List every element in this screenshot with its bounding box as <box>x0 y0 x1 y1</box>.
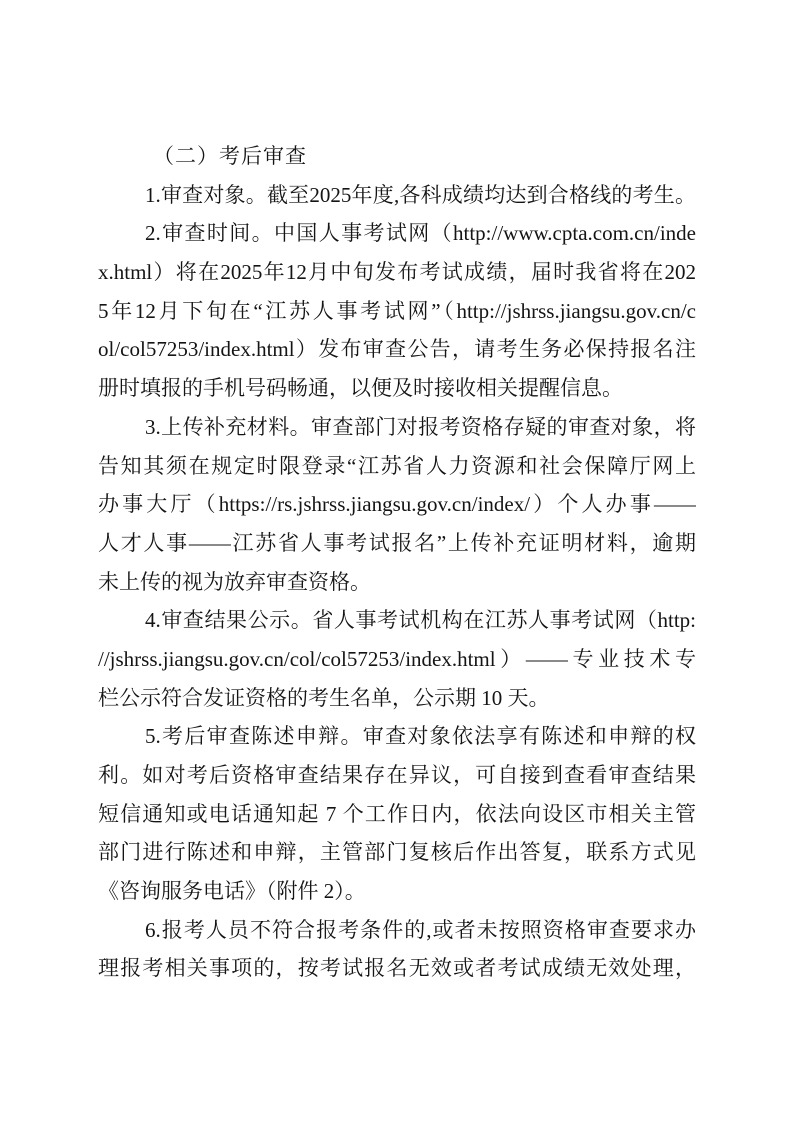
paragraph-6: 6.报考人员不符合报考条件的,或者未按照资格审查要求办 理报考相关事项的，按考试… <box>98 911 696 988</box>
text-line: 6.报考人员不符合报考条件的,或者未按照资格审查要求办 <box>98 911 696 950</box>
paragraph-4: 4.审查结果公示。省人事考试机构在江苏人事考试网（http: //jshrss.… <box>98 601 696 717</box>
text-line: 册时填报的手机号码畅通，以便及时接收相关提醒信息。 <box>98 369 696 408</box>
text-block: （二）考后审查 1.审查对象。截至2025年度,各科成绩均达到合格线的考生。 2… <box>98 137 696 988</box>
paragraph-1: 1.审查对象。截至2025年度,各科成绩均达到合格线的考生。 <box>98 176 696 215</box>
section-heading: （二）考后审查 <box>98 137 696 176</box>
text-line: 1.审查对象。截至2025年度,各科成绩均达到合格线的考生。 <box>98 176 696 215</box>
document-page: （二）考后审查 1.审查对象。截至2025年度,各科成绩均达到合格线的考生。 2… <box>0 0 794 1123</box>
text-line: 2.审查时间。中国人事考试网（http://www.cpta.com.cn/in… <box>98 214 696 253</box>
text-line: 部门进行陈述和申辩，主管部门复核后作出答复，联系方式见 <box>98 833 696 872</box>
text-line: 利。如对考后资格审查结果存在异议，可自接到查看审查结果 <box>98 756 696 795</box>
text-line: 5.考后审查陈述申辩。审查对象依法享有陈述和申辩的权 <box>98 717 696 756</box>
text-line: //jshrss.jiangsu.gov.cn/col/col57253/ind… <box>98 640 696 679</box>
text-line: 3.上传补充材料。审查部门对报考资格存疑的审查对象，将 <box>98 408 696 447</box>
text-line: ol/col57253/index.html）发布审查公告，请考生务必保持报名注 <box>98 330 696 369</box>
text-line: 4.审查结果公示。省人事考试机构在江苏人事考试网（http: <box>98 601 696 640</box>
text-line: 短信通知或电话通知起 7 个工作日内，依法向设区市相关主管 <box>98 795 696 834</box>
paragraph-3: 3.上传补充材料。审查部门对报考资格存疑的审查对象，将 告知其须在规定时限登录“… <box>98 408 696 601</box>
paragraph-2: 2.审查时间。中国人事考试网（http://www.cpta.com.cn/in… <box>98 214 696 407</box>
text-line: 理报考相关事项的，按考试报名无效或者考试成绩无效处理， <box>98 949 696 988</box>
text-line: 人才人事——江苏省人事考试报名”上传补充证明材料，逾期 <box>98 524 696 563</box>
text-line: 5年12月下旬在“江苏人事考试网”（http://jshrss.jiangsu.… <box>98 292 696 331</box>
text-line: 未上传的视为放弃审查资格。 <box>98 563 696 602</box>
text-line: 办事大厅（https://rs.jshrss.jiangsu.gov.cn/in… <box>98 485 696 524</box>
text-line: 告知其须在规定时限登录“江苏省人力资源和社会保障厅网上 <box>98 447 696 486</box>
text-line: 《咨询服务电话》（附件 2）。 <box>98 872 696 911</box>
text-line: 栏公示符合发证资格的考生名单，公示期 10 天。 <box>98 679 696 718</box>
text-line: x.html）将在2025年12月中旬发布考试成绩，届时我省将在202 <box>98 253 696 292</box>
paragraph-5: 5.考后审查陈述申辩。审查对象依法享有陈述和申辩的权 利。如对考后资格审查结果存… <box>98 717 696 910</box>
